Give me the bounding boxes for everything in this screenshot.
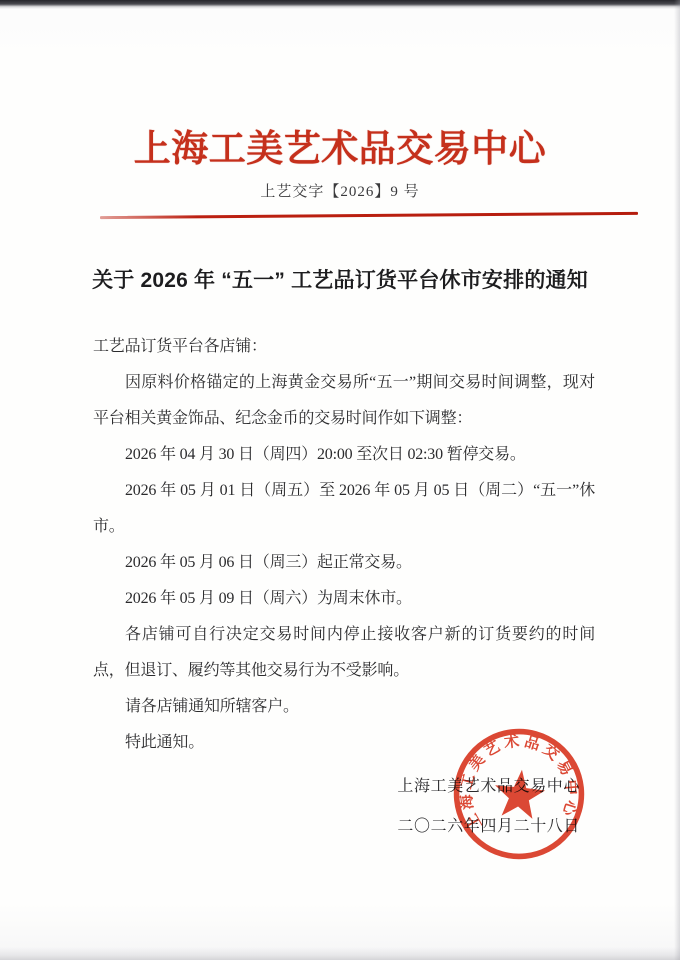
notice-body: 工艺品订货平台各店铺： 因原料价格锚定的上海黄金交易所“五一”期间交易时间调整，… (0, 329, 680, 761)
body-paragraph: 2026 年 05 月 01 日（周五）至 2026 年 05 月 05 日（周… (93, 473, 595, 545)
notice-title: 关于 2026 年 “五一” 工艺品订货平台休市安排的通知 (0, 266, 680, 296)
body-paragraph: 2026 年 05 月 06 日（周三）起正常交易。 (93, 545, 595, 581)
letterhead-divider-rule (100, 212, 638, 219)
document-number: 上艺交字【2026】9 号 (0, 181, 680, 203)
body-paragraph: 请各店铺通知所辖客户。 (93, 689, 595, 725)
seal-star-icon (494, 768, 548, 823)
notice-document-page: 上海工美艺术品交易中心 上艺交字【2026】9 号 关于 2026 年 “五一”… (0, 0, 680, 960)
photo-edge-bottom (0, 947, 680, 960)
body-paragraph: 2026 年 05 月 09 日（周六）为周末休市。 (93, 581, 595, 617)
body-paragraph: 各店铺可自行决定交易时间内停止接收客户新的订货要约的时间点，但退订、履约等其他交… (93, 617, 595, 689)
photo-edge-right (674, 0, 680, 960)
photo-edge-top (0, 0, 680, 9)
official-seal: 上海工美艺术品交易中心 (444, 719, 593, 868)
body-paragraph: 2026 年 04 月 30 日（周四）20:00 至次日 02:30 暂停交易… (93, 437, 595, 473)
body-paragraph: 因原料价格锚定的上海黄金交易所“五一”期间交易时间调整，现对平台相关黄金饰品、纪… (93, 365, 595, 437)
letterhead-org-name: 上海工美艺术品交易中心 (0, 0, 680, 174)
salutation: 工艺品订货平台各店铺： (93, 329, 595, 365)
